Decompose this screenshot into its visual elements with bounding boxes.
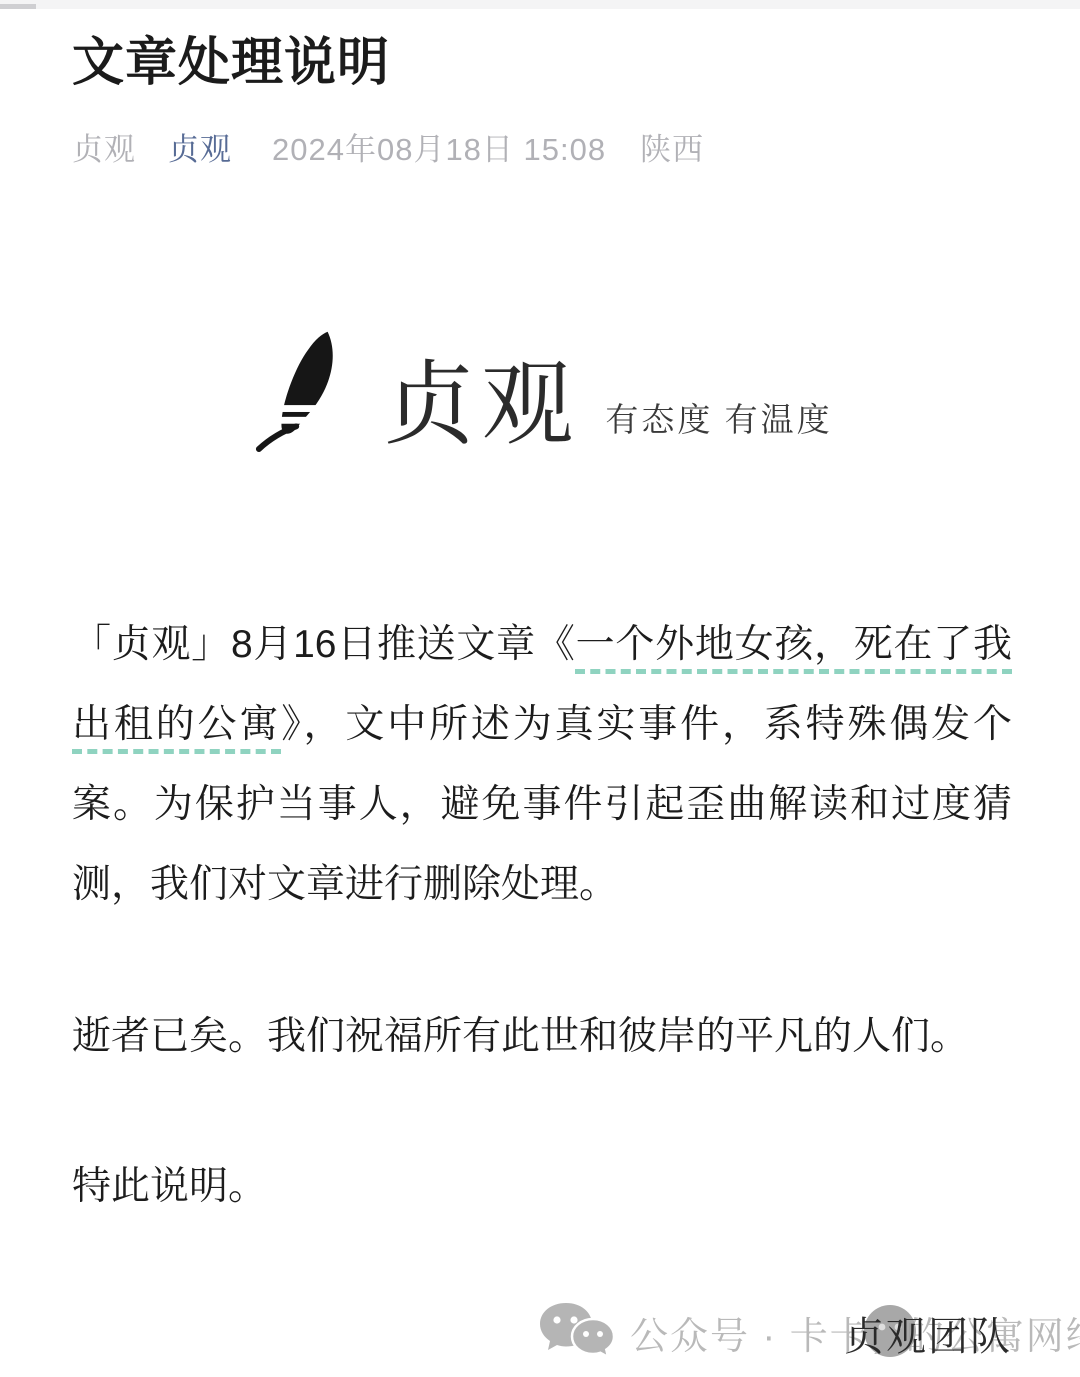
article-body: 「贞观」8月16日推送文章《一个外地女孩，死在了我出租的公寓》，文中所述为真实事… — [72, 605, 1012, 1377]
brand-logo: 贞观 有态度 有温度 — [72, 327, 1012, 455]
publish-datetime: 2024年08月18日 15:08 — [272, 124, 606, 169]
fountain-pen-icon — [251, 327, 369, 455]
brand-name: 贞观 — [383, 359, 579, 455]
paragraph-2: 逝者已矣。我们祝福所有此世和彼岸的平凡的人们。 — [72, 997, 1012, 1077]
signature: 贞观团队 — [72, 1297, 1012, 1377]
publish-location: 陕西 — [640, 124, 704, 169]
article-page: 文章处理说明 贞观 贞观 2024年08月18日 15:08 陕西 贞观 有态度… — [0, 0, 1080, 1377]
account-name-link[interactable]: 贞观 — [168, 124, 232, 169]
paragraph-1: 「贞观」8月16日推送文章《一个外地女孩，死在了我出租的公寓》，文中所述为真实事… — [72, 605, 1012, 925]
p1-text-before: 「贞观」8月16日推送文章《 — [72, 623, 576, 666]
page-title: 文章处理说明 — [72, 30, 1012, 98]
byline: 贞观 贞观 2024年08月18日 15:08 陕西 — [72, 124, 1012, 169]
paragraph-3: 特此说明。 — [72, 1147, 1012, 1227]
brand-tagline: 有态度 有温度 — [605, 394, 832, 455]
author-name: 贞观 — [72, 124, 136, 169]
